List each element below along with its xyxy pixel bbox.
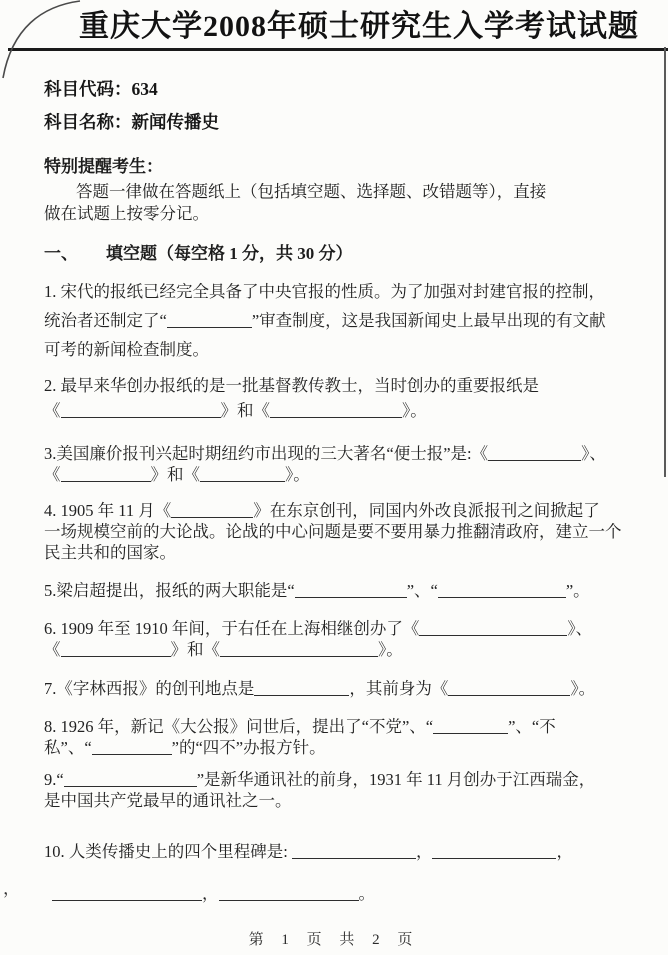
- question-text: 4. 1905 年 11 月《: [44, 501, 171, 520]
- question-9: 9.“”是新华通讯社的前身，1931 年 11 月创办于江西瑞金，是中国共产党最…: [44, 769, 654, 811]
- blank-line: [92, 740, 172, 755]
- question-4: 4. 1905 年 11 月《》在东京创刊，同国内外改良派报刊之间掀起了一场规模…: [44, 500, 654, 563]
- question-text: 民主共和的国家。: [44, 543, 176, 562]
- blank-line: [61, 642, 171, 657]
- question-text: 》、: [581, 444, 606, 463]
- subject-name-value: 新闻传播史: [132, 112, 220, 132]
- blank-line: [61, 467, 151, 482]
- question-text: 7.《字林西报》的创刊地点是: [44, 679, 254, 698]
- subject-name-label: 科目名称：: [44, 112, 132, 132]
- question-text: 9.“: [44, 770, 64, 789]
- question-text: ，其前身为《: [349, 679, 448, 698]
- blank-line: [200, 467, 285, 482]
- scan-edge-line: [664, 47, 666, 477]
- question-text: 10. 人类传播史上的四个里程碑是:: [44, 842, 292, 861]
- blank-line: [220, 642, 378, 657]
- question-text: 6. 1909 年至 1910 年间，于右任在上海相继创办了《: [44, 619, 419, 638]
- question-text: ，: [556, 842, 573, 861]
- question-text: 》。: [378, 640, 403, 659]
- question-text: ”审查制度，这是我国新闻史上最早出现的有文献: [252, 311, 606, 330]
- blank-line: [254, 681, 349, 696]
- question-text: 可考的新闻检查制度。: [44, 340, 209, 359]
- blank-line: [219, 886, 359, 901]
- blank-line: [292, 844, 416, 859]
- subject-name-row: 科目名称：新闻传播史: [44, 106, 654, 139]
- question-text: 》和《: [151, 465, 201, 484]
- blank-line: [64, 772, 197, 787]
- questions-list: 1. 宋代的报纸已经完全具备了中央官报的性质。为了加强对封建官报的控制，统治者还…: [44, 277, 654, 915]
- question-text: 《: [44, 401, 61, 420]
- question-text: 5.梁启超提出，报纸的两大职能是“: [44, 581, 295, 600]
- question-text: ”、“: [407, 581, 438, 600]
- blank-line: [61, 403, 221, 418]
- blank-line: [419, 621, 567, 636]
- notice-line-1: 答题一律做在答题纸上（包括填空题、选择题、改错题等），直接: [76, 182, 546, 201]
- question-text: 是中国共产党最早的通讯社之一。: [44, 791, 292, 810]
- question-text: ”的“四不”办报方针。: [172, 738, 326, 757]
- subject-code-value: 634: [132, 79, 158, 99]
- question-text: 》、: [567, 619, 592, 638]
- question-text: 》和《: [221, 401, 271, 420]
- question-text: 一场规模空前的大论战。论战的中心问题是要不要用暴力推翻清政府，建立一个: [44, 522, 622, 541]
- question-1: 1. 宋代的报纸已经完全具备了中央官报的性质。为了加强对封建官报的控制，统治者还…: [44, 277, 654, 364]
- blank-line: [270, 403, 402, 418]
- section-title: 填空题（每空格 1 分，共 30 分）: [106, 244, 353, 263]
- question-text: ”、“不: [508, 717, 556, 736]
- title-rule: [8, 48, 668, 51]
- blank-line: [438, 583, 566, 598]
- question-text: ”。: [566, 581, 590, 600]
- section-heading: 一、填空题（每空格 1 分，共 30 分）: [44, 243, 654, 265]
- page-footer: 第 1 页 共 2 页: [0, 928, 668, 949]
- question-2: 2. 最早来华创办报纸的是一批基督教传教士，当时创办的重要报纸是《》和《》。: [44, 373, 654, 423]
- blank-line: [488, 446, 581, 461]
- question-text: 》在东京创刊，同国内外改良派报刊之间掀起了: [253, 501, 600, 520]
- notice-line-2: 做在试题上按零分记。: [44, 204, 209, 223]
- question-10: 10. 人类传播史上的四个里程碑是: ，，，。: [44, 831, 654, 915]
- section-number: 一、: [44, 244, 78, 263]
- question-6: 6. 1909 年至 1910 年间，于右任在上海相继创办了《》、《》和《》。: [44, 618, 654, 660]
- exam-page: 重庆大学2008年硕士研究生入学考试试题 科目代码：634 科目名称：新闻传播史…: [0, 0, 668, 955]
- question-text: ，: [202, 884, 219, 903]
- question-3: 3.美国廉价报刊兴起时期纽约市出现的三大著名“便士报”是:《》、《》和《》。: [44, 443, 654, 485]
- question-text: 1. 宋代的报纸已经完全具备了中央官报的性质。为了加强对封建官报的控制，: [44, 282, 605, 301]
- question-5: 5.梁启超提出，报纸的两大职能是“”、“”。: [44, 580, 654, 601]
- question-8: 8. 1926 年，新记《大公报》问世后，提出了“不党”、“”、“不私”、“”的…: [44, 716, 654, 758]
- question-text: 统治者还制定了“: [44, 311, 167, 330]
- question-7: 7.《字林西报》的创刊地点是，其前身为《》。: [44, 678, 654, 699]
- blank-line: [433, 719, 508, 734]
- question-text: 。: [359, 884, 376, 903]
- stray-mark: ，: [3, 874, 20, 899]
- notice-body: 答题一律做在答题纸上（包括填空题、选择题、改错题等），直接 做在试题上按零分记。: [44, 181, 654, 225]
- question-text: 》。: [570, 679, 595, 698]
- page-content: 科目代码：634 科目名称：新闻传播史 特别提醒考生： 答题一律做在答题纸上（包…: [0, 73, 668, 915]
- subject-meta: 科目代码：634 科目名称：新闻传播史: [44, 73, 654, 139]
- blank-line: [167, 313, 252, 328]
- question-text: 私”、“: [44, 738, 92, 757]
- question-text: 》。: [285, 465, 310, 484]
- question-text: 》。: [402, 401, 427, 420]
- question-text: ，: [416, 842, 433, 861]
- notice-heading: 特别提醒考生：: [44, 155, 654, 179]
- question-text: 8. 1926 年，新记《大公报》问世后，提出了“不党”、“: [44, 717, 433, 736]
- blank-line: [448, 681, 570, 696]
- subject-code-row: 科目代码：634: [44, 73, 654, 106]
- blank-line: [295, 583, 407, 598]
- question-text: 》和《: [171, 640, 221, 659]
- blank-line: [432, 844, 556, 859]
- page-title: 重庆大学2008年硕士研究生入学考试试题: [0, 0, 668, 45]
- question-text: 2. 最早来华创办报纸的是一批基督教传教士，当时创办的重要报纸是: [44, 376, 539, 395]
- scan-corner-artifact: [0, 0, 90, 85]
- question-text: ”是新华通讯社的前身，1931 年 11 月创办于江西瑞金，: [197, 770, 596, 789]
- blank-line: [171, 503, 253, 518]
- question-text: 3.美国廉价报刊兴起时期纽约市出现的三大著名“便士报”是:《: [44, 444, 488, 463]
- question-text: 《: [44, 465, 61, 484]
- question-text: 《: [44, 640, 61, 659]
- blank-line: [52, 886, 202, 901]
